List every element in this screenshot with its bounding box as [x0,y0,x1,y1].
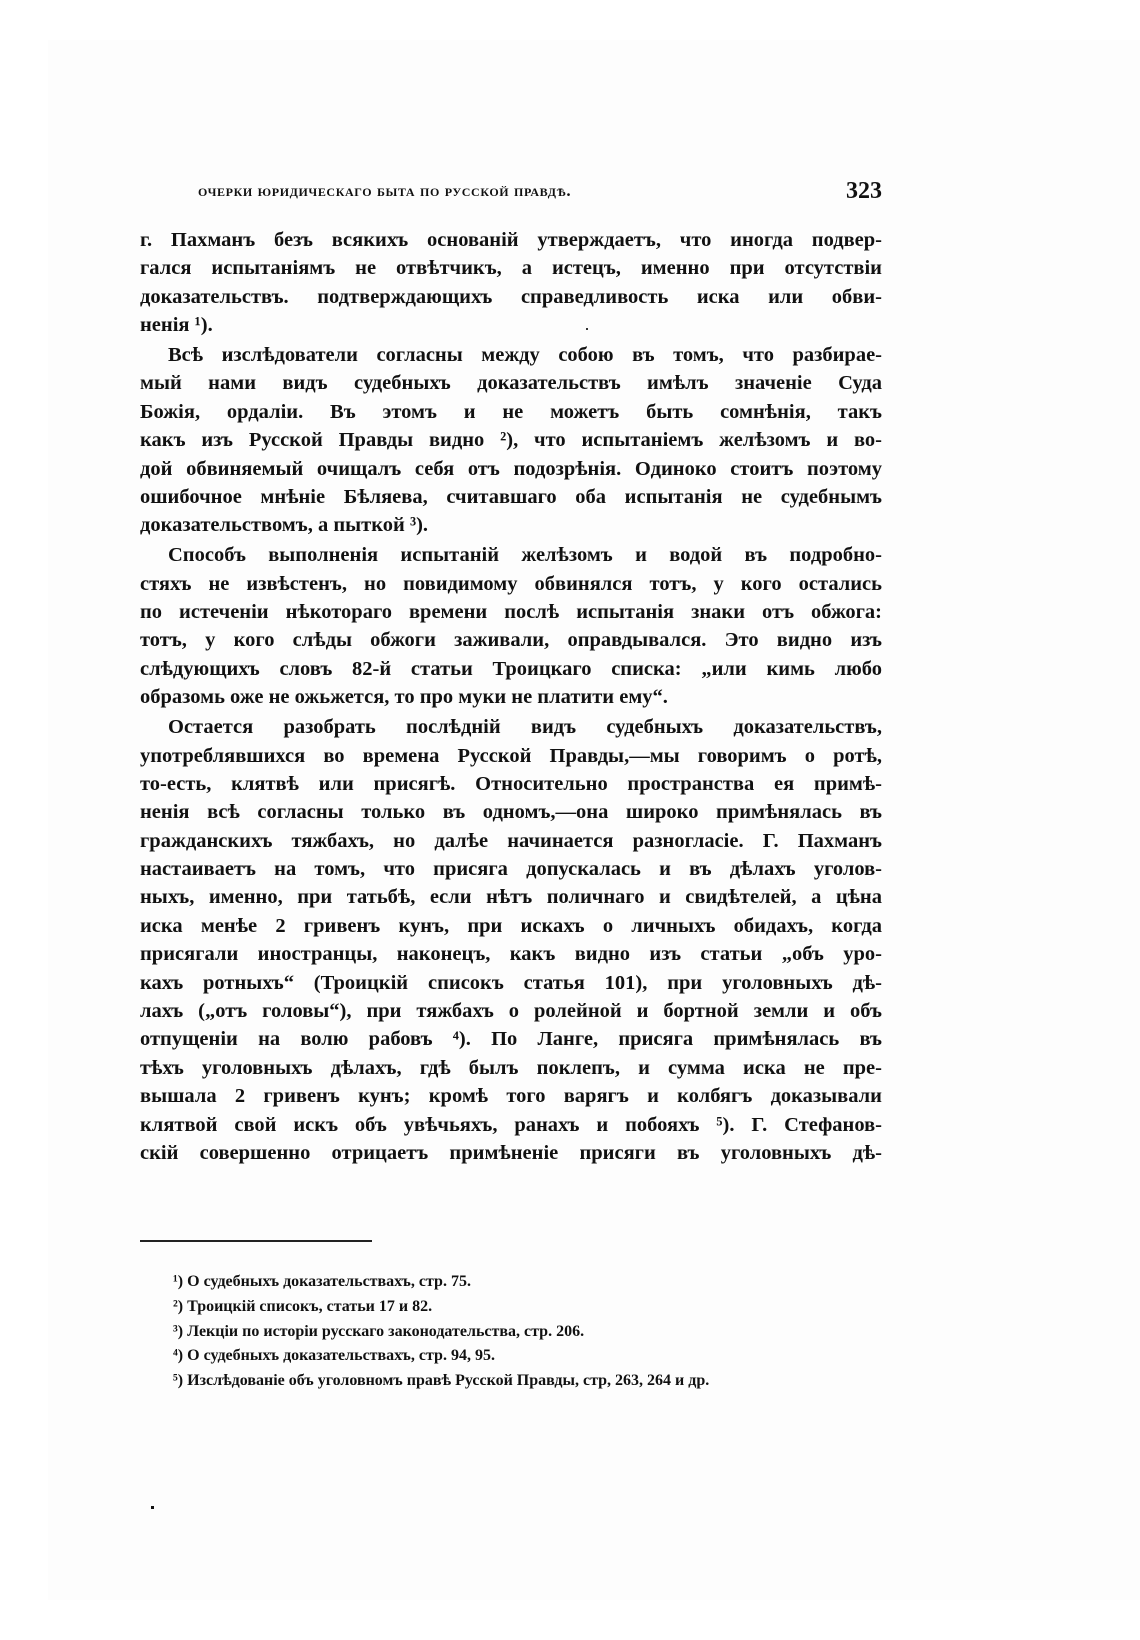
footnote-3: ³) Лекціи по исторіи русскаго законодате… [173,1320,873,1345]
text-line: по истеченіи нѣкотораго времени послѣ ис… [140,598,882,626]
footnotes: ¹) О судебныхъ доказательствахъ, стр. 75… [173,1270,873,1394]
text-line: то-есть, клятвѣ или присягѣ. Относительн… [140,770,882,798]
footnote-separator [140,1240,372,1242]
text-line: Остается разобрать послѣдній видъ судебн… [140,713,882,741]
text-line: скій совершенно отрицаетъ примѣненіе при… [140,1139,882,1167]
footnote-5: ⁵) Изслѣдованіе объ уголовномъ правѣ Рус… [173,1369,873,1394]
text-line: ненія ¹). [140,311,882,339]
text-line: какъ изъ Русской Правды видно ²), что ис… [140,426,882,454]
text-line: тотъ, у кого слѣды обжоги заживали, опра… [140,626,882,654]
text-line: настаиваетъ на томъ, что присяга допуска… [140,855,882,883]
paragraph-3: Способъ выполненія испытаній желѣзомъ и … [140,541,882,711]
text-line: вышала 2 гривенъ кунъ; кромѣ того варягъ… [140,1082,882,1110]
text-line: Всѣ изслѣдователи согласны между собою в… [140,341,882,369]
text-line: ненія всѣ согласны только въ одномъ,—она… [140,798,882,826]
paragraph-2: Всѣ изслѣдователи согласны между собою в… [140,341,882,540]
text-line: иска менѣе 2 гривенъ кунъ, при искахъ о … [140,912,882,940]
scan-speck [586,328,588,330]
text-line: гался испытаніямъ не отвѣтчикъ, а истецъ… [140,254,882,282]
text-line: лахъ („отъ головы“), при тяжбахъ о ролей… [140,997,882,1025]
text-line: гражданскихъ тяжбахъ, но далѣе начинаетс… [140,827,882,855]
text-line: тѣхъ уголовныхъ дѣлахъ, гдѣ былъ поклепъ… [140,1054,882,1082]
scan-margin [0,0,48,1640]
text-line: мый нами видъ судебныхъ доказательствъ и… [140,369,882,397]
text-line: образомь оже не ожьжется, то про муки не… [140,683,882,711]
text-line: присягали иностранцы, наконецъ, какъ вид… [140,940,882,968]
footnote-1: ¹) О судебныхъ доказательствахъ, стр. 75… [173,1270,873,1295]
text-line: дой обвиняемый очищалъ себя отъ подозрѣн… [140,455,882,483]
body-text: г. Пахманъ безъ всякихъ основаній утверж… [140,226,882,1169]
text-line: употреблявшихся во времена Русской Правд… [140,742,882,770]
text-line: отпущеніи на волю рабовъ ⁴). По Ланге, п… [140,1025,882,1053]
text-line: слѣдующихъ словъ 82-й статьи Троицкаго с… [140,655,882,683]
scan-speck [151,1506,154,1509]
text-line: доказательствомъ, а пыткой ³). [140,511,882,539]
paragraph-4: Остается разобрать послѣдній видъ судебн… [140,713,882,1167]
text-line: ошибочное мнѣніе Бѣляева, считавшаго оба… [140,483,882,511]
text-line: г. Пахманъ безъ всякихъ основаній утверж… [140,226,882,254]
paragraph-1: г. Пахманъ безъ всякихъ основаній утверж… [140,226,882,340]
text-line: Способъ выполненія испытаній желѣзомъ и … [140,541,882,569]
page-number: 323 [832,178,882,205]
text-line: доказательствъ. подтверждающихъ справедл… [140,283,882,311]
text-line: клятвой свой искъ объ увѣчьяхъ, ранахъ и… [140,1111,882,1139]
text-line: Божія, ордаліи. Въ этомъ и не можетъ быт… [140,398,882,426]
text-line: кахъ ротныхъ“ (Троицкій списокъ статья 1… [140,969,882,997]
footnote-2: ²) Троицкій списокъ, статьи 17 и 82. [173,1295,873,1320]
running-title: Очерки юридическаго быта по Русской Прав… [198,181,798,201]
text-line: стяхъ не извѣстенъ, но повидимому обвиня… [140,570,882,598]
text-line: ныхъ, именно, при татьбѣ, если нѣтъ поли… [140,883,882,911]
footnote-4: ⁴) О судебныхъ доказательствахъ, стр. 94… [173,1344,873,1369]
